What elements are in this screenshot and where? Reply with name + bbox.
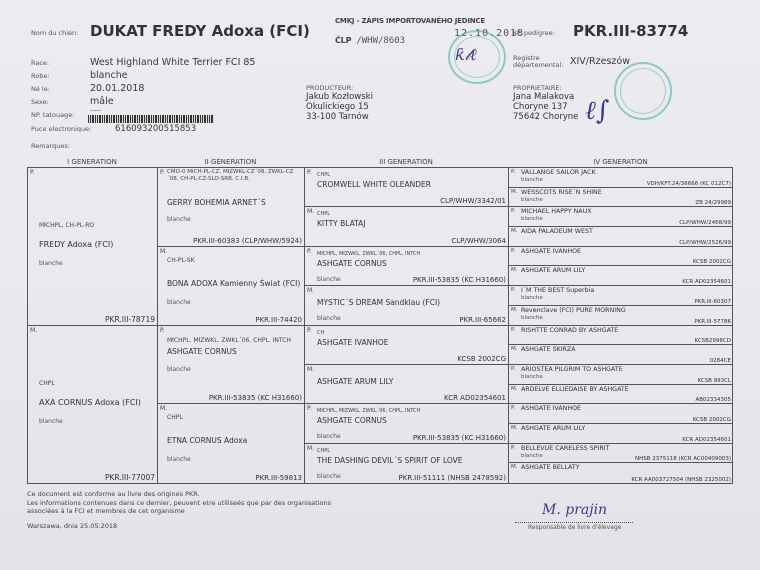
registration-number: KCSB2998CD <box>695 338 731 344</box>
registration-number: PKR.III-59813 <box>255 474 302 482</box>
ancestor-color: blanche <box>521 453 543 459</box>
ancestor-titles: MłCHPL, MłZWKL, ZWKL´06, CHPL, INTCH <box>317 251 420 258</box>
ancestor-titles: CMO-0 MłCH-PL-CZ, MłZWKL-CZ´08, ZWKL-CZ´… <box>167 169 297 182</box>
registration-number: PKR.III-53835 (KC H31660) <box>413 276 506 284</box>
sex-marker: M. <box>511 464 518 470</box>
official-stamp-owner <box>614 62 672 120</box>
producer-street: Okulickiego 15 <box>306 102 373 112</box>
ancestor-name: ASHGATE IVANHOE <box>317 338 388 347</box>
ancestor-color: blanche <box>317 473 341 480</box>
ancestor-name: Revenclave (FCI) PURE MORNING <box>521 307 626 314</box>
signature-caption: Responsable de livre d'élevage <box>528 524 621 531</box>
registration-number: KCR AD02354601 <box>682 279 731 285</box>
registration-number: PKR.III-53835 (KC H31660) <box>413 434 506 442</box>
ancestor-name: AIDA PALADEUM WEST <box>521 228 593 235</box>
pedigree-no-label: NP. pedigree: <box>512 29 555 37</box>
gen2-ancestor-dam: M.CHPLETNA CORNUS AdoxablanchePKR.III-59… <box>158 404 305 483</box>
registration-number: PKR.III-53835 (KC H31660) <box>209 394 302 402</box>
detail-value: ----- <box>90 107 101 114</box>
gen4-ancestor-sire: P.MICHAEL HAPPY NAUXblancheCLP/WHW/2468/… <box>509 207 733 227</box>
gen3-ancestor-sire: P.CHPLCROMWELL WHITE OLEANDERCLP/WHW/334… <box>305 168 509 207</box>
owner-city: 75642 Choryne <box>513 112 578 122</box>
sex-marker: M. <box>511 228 518 234</box>
cmkj-import-record: CMKJ - ZÁPIS IMPORTOVANÉHO JEDINCE <box>335 17 485 25</box>
sex-marker: M. <box>511 307 518 313</box>
ancestor-color: blanche <box>521 295 543 301</box>
detail-label: Robe: <box>31 72 50 80</box>
ancestor-titles: MłCHPL. MłZWKL. ZWKL´06. CHPL. INTCH <box>167 338 291 345</box>
registration-number: PKR.III-74420 <box>255 316 302 324</box>
ancestor-titles: CHPL <box>317 448 330 455</box>
generation-2-header: II GENERATION <box>157 158 304 166</box>
ancestor-name: AXA CORNUS Adoxa (FCI) <box>39 398 141 407</box>
producer-name: Jakub Kozłowski <box>306 92 373 102</box>
sex-marker: M. <box>307 445 314 452</box>
ancestor-color: blanche <box>167 299 191 306</box>
sex-marker: M. <box>307 208 314 215</box>
place-date: Warszawa, dnia 25.05.2018 <box>27 522 117 531</box>
ancestor-name: MYSTIC´S DREAM Sandklau (FCI) <box>317 298 440 307</box>
dog-name-label: Nom du chien: <box>31 29 78 37</box>
gen4-ancestor-sire: P.ARIOSTEA PILGRIM TO ASHGATEblancheKCSB… <box>509 365 733 385</box>
gen4-ancestor-dam: M.ASHGATE BELLATYKCR AA003727504 (NHSB 2… <box>509 463 733 483</box>
registry-value: XIV/Rzeszów <box>570 56 630 67</box>
detail-label: Puce electronique: <box>31 125 91 133</box>
generation-1-header: I GENERATION <box>27 158 157 166</box>
gen4-ancestor-dam: M.ARDELVE ELLIEDAISE BY ASHGATEAB0233430… <box>509 385 733 405</box>
sex-marker: P. <box>511 445 515 451</box>
ancestor-name: ASHGATE BELLATY <box>521 464 580 471</box>
ancestor-color: blanche <box>521 374 543 380</box>
pedigree-number: PKR.III-83774 <box>573 22 688 40</box>
ancestor-titles: CHPL <box>317 211 330 218</box>
gen4-ancestor-sire: P.BELLEVUE CARELESS SPIRITblancheNHSB 23… <box>509 444 733 464</box>
ancestor-color: blanche <box>317 315 341 322</box>
registration-number: PKR.III-57786 <box>694 319 731 325</box>
gen3-ancestor-sire: P.MłCHPL, MłZWKL, ZWKL´06, CHPL, INTCHAS… <box>305 247 509 286</box>
ancestor-name: ASHGATE CORNUS <box>317 416 387 425</box>
ancestor-name: MICHAEL HAPPY NAUX <box>521 208 592 215</box>
gen3-ancestor-dam: M.CHPLTHE DASHING DEVIL´S SPIRIT OF LOVE… <box>305 444 509 483</box>
gen4-ancestor-dam: M.Revenclave (FCI) PURE MORNINGblanchePK… <box>509 306 733 326</box>
gen1-ancestor-dam: M.CHPLAXA CORNUS Adoxa (FCI)blanchePKR.I… <box>28 326 158 484</box>
ancestor-name: ARDELVE ELLIEDAISE BY ASHGATE <box>521 386 629 393</box>
gen2-ancestor-dam: M.CH-PL-SKBONA ADOXA Kamienny Świat (FCI… <box>158 247 305 326</box>
registration-number: PKR.III-65662 <box>459 316 506 324</box>
registration-number: PKR.III-51111 (NHSB 2478592) <box>399 474 506 482</box>
sex-marker: M. <box>511 346 518 352</box>
sex-marker: M. <box>511 267 518 273</box>
ancestor-titles: MłCHPL, MłZWKL, ZWKL´06, CHPL, INTCH <box>317 408 420 415</box>
sex-marker: M. <box>511 189 518 195</box>
sex-marker: P. <box>160 169 165 176</box>
detail-label: Race: <box>31 59 49 67</box>
registration-number: 0284CE <box>710 358 731 364</box>
gen4-ancestor-sire: P.I´M THE BEST SuperbiablanchePKR.III-60… <box>509 286 733 306</box>
gen3-ancestor-dam: M.ASHGATE ARUM LILYKCR AD02354601 <box>305 365 509 404</box>
ancestor-name: ASHGATE ARUM LILY <box>317 377 393 386</box>
registration-number: KCSB 2002CG <box>693 259 731 265</box>
sex-marker: P. <box>511 169 515 175</box>
sex-marker: M. <box>511 386 518 392</box>
clp-line: ČLP /WHW/8603 <box>335 28 405 47</box>
detail-label: NP. tatouage: <box>31 111 74 119</box>
ancestor-color: blanche <box>521 197 543 203</box>
clp-number: /WHW/8603 <box>356 36 405 46</box>
breeding-book-signature: M. prajin <box>542 502 607 518</box>
ancestor-name: ASHGATE CORNUS <box>167 347 237 356</box>
ancestor-name: CROMWELL WHITE OLEANDER <box>317 180 431 189</box>
gen2-ancestor-sire: P.CMO-0 MłCH-PL-CZ, MłZWKL-CZ´08, ZWKL-C… <box>158 168 305 247</box>
ancestor-name: ASHGATE ARUM LILY <box>521 425 585 432</box>
gen4-ancestor-dam: M.ASHGATE ARUM LILYKCR AD02354601 <box>509 266 733 286</box>
sex-marker: P. <box>511 208 515 214</box>
ancestor-name: ASHGATE SKIRZA <box>521 346 576 353</box>
gen4-ancestor-sire: P.ASHGATE IVANHOEKCSB 2002CG <box>509 404 733 424</box>
registration-number: KCR AD02354601 <box>444 394 506 402</box>
sex-marker: P. <box>511 327 515 333</box>
ancestor-name: THE DASHING DEVIL´S SPIRIT OF LOVE <box>317 456 463 465</box>
footer-line-2: Les informations contenues dans ce derni… <box>27 499 331 508</box>
owner-street: Choryne 137 <box>513 102 578 112</box>
ancestor-name: ASHGATE CORNUS <box>317 259 387 268</box>
sex-marker: P. <box>307 248 312 255</box>
registration-number: PKR.III-60307 <box>694 299 731 305</box>
gen4-ancestor-sire: P.ASHGATE IVANHOEKCSB 2002CG <box>509 247 733 267</box>
registration-number: KCSB 993CL <box>697 378 731 384</box>
gen4-ancestor-dam: M.AIDA PALADEUM WESTCLP/WHW/2526/99 <box>509 227 733 247</box>
producer-address: Jakub Kozłowski Okulickiego 15 33-100 Ta… <box>306 92 373 122</box>
sex-marker: P. <box>511 405 515 411</box>
gen2-ancestor-sire: P.MłCHPL. MłZWKL. ZWKL´06. CHPL. INTCHAS… <box>158 326 305 405</box>
signature-line <box>515 522 633 523</box>
detail-value: 616093200515853 <box>115 124 196 134</box>
footer-notice: Ce document est conforme au livre des or… <box>27 490 331 516</box>
gen3-ancestor-dam: M.CHPLKITTY BLATAJCLP/WHW/3064 <box>305 207 509 246</box>
ancestor-name: ARIOSTEA PILGRIM TO ASHGATE <box>521 366 623 373</box>
owner-address: Jana Malakova Choryne 137 75642 Choryne <box>513 92 578 122</box>
gen4-ancestor-sire: P.VALLANGE SAILOR JACKblancheVDH/KFT.24/… <box>509 168 733 188</box>
pedigree-document: Nom du chien: DUKAT FREDY Adoxa (FCI) Ra… <box>0 0 760 570</box>
detail-value: 20.01.2018 <box>90 83 144 94</box>
ancestor-name: BELLEVUE CARELESS SPIRIT <box>521 445 609 452</box>
registration-number: NHSB 2375118 (KCR AC00409003) <box>635 456 731 462</box>
ancestor-titles: CHPL <box>39 381 55 388</box>
microchip-barcode <box>88 115 214 123</box>
ancestor-name: ASHGATE ARUM LILY <box>521 267 585 274</box>
ancestor-titles: CH-PL-SK <box>167 258 195 265</box>
gen3-ancestor-sire: P.CHASHGATE IVANHOEKCSB 2002CG <box>305 326 509 365</box>
producer-city: 33-100 Tarnów <box>306 112 373 122</box>
registry-label: Registre départemental: <box>513 55 563 69</box>
ancestor-color: blanche <box>317 433 341 440</box>
ancestor-name: KITTY BLATAJ <box>317 219 366 228</box>
ancestor-titles: CHPL <box>317 172 330 179</box>
footer-line-3: associées à la FCI et membres de cet org… <box>27 507 331 516</box>
owner-label: PROPRIETAIRE: <box>513 84 562 92</box>
ancestor-titles: CH <box>317 330 324 337</box>
registration-number: ZB 24/29989 <box>695 200 731 206</box>
gen3-ancestor-dam: M.MYSTIC´S DREAM Sandklau (FCI)blanchePK… <box>305 286 509 325</box>
pedigree-table: P.MłCHPL, CH-PL-ROFREDY Adoxa (FCI)blanc… <box>27 167 733 484</box>
sex-marker: P. <box>30 169 35 176</box>
sex-marker: P. <box>307 405 312 412</box>
clp-prefix: ČLP <box>335 36 351 45</box>
ancestor-name: WESSCOTS RISE´N SHINE <box>521 189 602 196</box>
owner-name: Jana Malakova <box>513 92 578 102</box>
sex-marker: M. <box>511 425 518 431</box>
ancestor-name: VALLANGE SAILOR JACK <box>521 169 596 176</box>
registration-number: KCSB 2002CG <box>693 417 731 423</box>
registration-number: CLP/WHW/2468/99 <box>679 220 731 226</box>
ancestor-color: blanche <box>167 216 191 223</box>
ancestor-name: I´M THE BEST Superbia <box>521 287 594 294</box>
sex-marker: P. <box>511 248 515 254</box>
ancestor-color: blanche <box>167 456 191 463</box>
ancestor-name: ASHGATE IVANHOE <box>521 405 581 412</box>
sex-marker: M. <box>307 366 314 373</box>
registration-number: KCR AD02354601 <box>682 437 731 443</box>
ancestor-name: RISHTTE CONRAD BY ASHGATE <box>521 327 618 334</box>
signature-cmkj: ƙ𝓁ℓ <box>455 45 477 65</box>
registration-number: PKR.III-78719 <box>105 315 155 324</box>
generation-4-header: IV GENERATION <box>508 158 733 166</box>
registry-label-line2: départemental: <box>513 62 563 69</box>
sex-marker: M. <box>30 327 37 334</box>
ancestor-color: blanche <box>167 366 191 373</box>
gen4-ancestor-dam: M.WESSCOTS RISE´N SHINEblancheZB 24/2998… <box>509 188 733 208</box>
ancestor-color: blanche <box>521 177 543 183</box>
ancestor-titles: CHPL <box>167 415 183 422</box>
ancestor-titles: MłCHPL, CH-PL-RO <box>39 223 94 230</box>
registration-number: CLP/WHW/2526/99 <box>679 240 731 246</box>
detail-value: mâle <box>90 96 114 107</box>
gen4-ancestor-dam: M.ASHGATE SKIRZA0284CE <box>509 345 733 365</box>
registration-number: CLP/WHW/3342/01 <box>440 197 506 205</box>
detail-label: Remarques: <box>31 142 70 150</box>
sex-marker: M. <box>160 405 167 412</box>
registration-number: AB02334305 <box>695 397 731 403</box>
detail-value: blanche <box>90 70 128 81</box>
ancestor-name: GERRY BOHEMIA ARNET´S <box>167 198 266 207</box>
gen3-ancestor-sire: P.MłCHPL, MłZWKL, ZWKL´06, CHPL, INTCHAS… <box>305 404 509 443</box>
detail-value: West Highland White Terrier FCI 85 <box>90 57 255 68</box>
sex-marker: M. <box>160 248 167 255</box>
registration-number: PKR.III-77007 <box>105 473 155 482</box>
sex-marker: M. <box>307 287 314 294</box>
ancestor-name: ETNA CORNUS Adoxa <box>167 436 247 445</box>
producer-label: PRODUCTEUR: <box>306 84 353 92</box>
footer-line-1: Ce document est conforme au livre des or… <box>27 490 331 499</box>
gen4-ancestor-sire: P.RISHTTE CONRAD BY ASHGATEKCSB2998CD <box>509 326 733 346</box>
gen4-ancestor-dam: M.ASHGATE ARUM LILYKCR AD02354601 <box>509 424 733 444</box>
sex-marker: P. <box>511 366 515 372</box>
registration-number: KCSB 2002CG <box>457 355 506 363</box>
detail-label: Né le: <box>31 85 50 93</box>
registration-number: KCR AA003727504 (NHSB 2325002) <box>631 477 731 483</box>
ancestor-color: blanche <box>317 276 341 283</box>
ancestor-color: blanche <box>521 216 543 222</box>
ancestor-name: BONA ADOXA Kamienny Świat (FCI) <box>167 279 300 288</box>
dog-name: DUKAT FREDY Adoxa (FCI) <box>90 22 310 40</box>
sex-marker: P. <box>160 327 165 334</box>
ancestor-color: blanche <box>39 418 63 425</box>
registration-number: VDH/KFT.24/36666 (KC 012C7) <box>647 181 731 187</box>
signature-owner: ℓ∫ <box>585 96 609 126</box>
gen1-ancestor-sire: P.MłCHPL, CH-PL-ROFREDY Adoxa (FCI)blanc… <box>28 168 158 326</box>
generation-3-header: III GENERATION <box>304 158 508 166</box>
sex-marker: P. <box>307 327 312 334</box>
registration-number: CLP/WHW/3064 <box>451 237 506 245</box>
registration-number: PKR.III-60383 (CLP/WHW/5924) <box>193 237 302 245</box>
ancestor-color: blanche <box>521 315 543 321</box>
ancestor-name: FREDY Adoxa (FCI) <box>39 240 113 249</box>
detail-label: Sexe: <box>31 98 49 106</box>
sex-marker: P. <box>511 287 515 293</box>
ancestor-name: ASHGATE IVANHOE <box>521 248 581 255</box>
sex-marker: P. <box>307 169 312 176</box>
ancestor-color: blanche <box>39 260 63 267</box>
